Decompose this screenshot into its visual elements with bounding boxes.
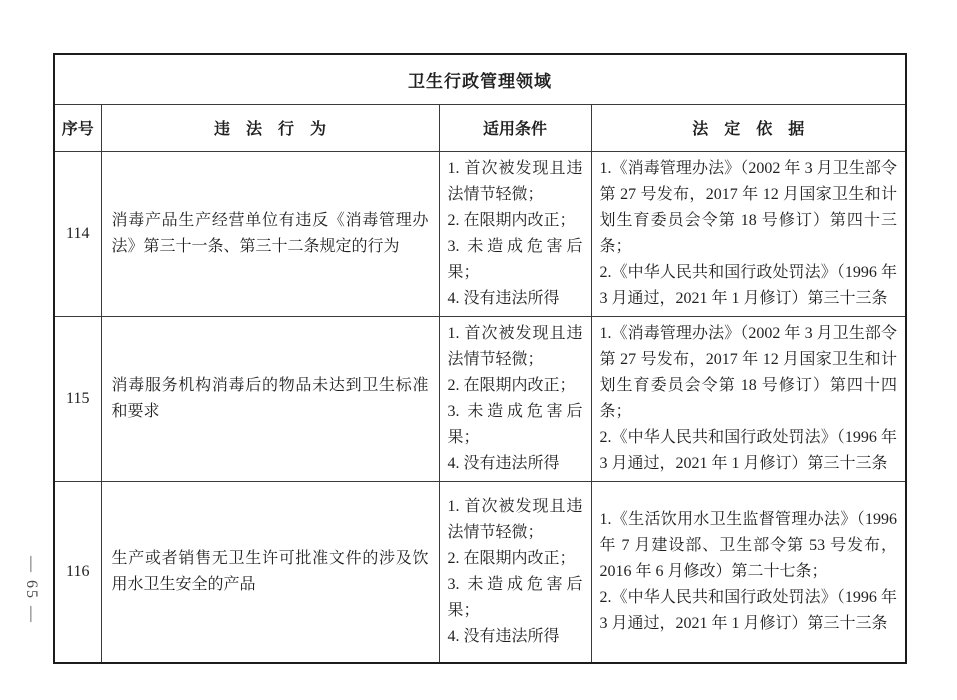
legal-basis-cell: 1.《生活饮用水卫生监督管理办法》（1996 年 7 月建设部、卫生部令第 53…	[591, 481, 906, 663]
basis-item: 2.《中华人民共和国行政处罚法》（1996 年 3 月通过，2021 年 1 月…	[600, 585, 898, 637]
violation-behavior-cell: 消毒产品生产经营单位有违反《消毒管理办法》第三十一条、第三十二条规定的行为	[101, 151, 439, 316]
basis-item: 1.《消毒管理办法》（2002 年 3 月卫生部令第 27 号发布，2017 年…	[600, 156, 898, 260]
table-row: 116 生产或者销售无卫生许可批准文件的涉及饮用水卫生安全的产品 1. 首次被发…	[54, 481, 906, 663]
legal-basis-cell: 1.《消毒管理办法》（2002 年 3 月卫生部令第 27 号发布，2017 年…	[591, 151, 906, 316]
condition-item: 2. 在限期内改正；	[448, 208, 583, 234]
basis-item: 2.《中华人民共和国行政处罚法》（1996 年 3 月通过，2021 年 1 月…	[600, 425, 898, 477]
applicable-conditions-cell: 1. 首次被发现且违法情节轻微； 2. 在限期内改正； 3. 未造成危害后果； …	[439, 151, 591, 316]
table-title-row: 卫生行政管理领域	[54, 54, 906, 104]
column-header-id: 序号	[54, 104, 101, 151]
row-number: 116	[54, 481, 101, 663]
row-number: 114	[54, 151, 101, 316]
row-number: 115	[54, 316, 101, 481]
table-row: 115 消毒服务机构消毒后的物品未达到卫生标准和要求 1. 首次被发现且违法情节…	[54, 316, 906, 481]
condition-item: 1. 首次被发现且违法情节轻微；	[448, 494, 583, 546]
condition-item: 4. 没有违法所得	[448, 286, 583, 312]
violation-behavior-text: 消毒服务机构消毒后的物品未达到卫生标准和要求	[112, 373, 429, 425]
page-number: — 65 —	[16, 549, 40, 631]
applicable-conditions-cell: 1. 首次被发现且违法情节轻微； 2. 在限期内改正； 3. 未造成危害后果； …	[439, 481, 591, 663]
column-header-basis: 法 定 依 据	[591, 104, 906, 151]
condition-item: 2. 在限期内改正；	[448, 546, 583, 572]
table-title: 卫生行政管理领域	[54, 54, 906, 104]
violation-behavior-cell: 消毒服务机构消毒后的物品未达到卫生标准和要求	[101, 316, 439, 481]
legal-basis-cell: 1.《消毒管理办法》（2002 年 3 月卫生部令第 27 号发布，2017 年…	[591, 316, 906, 481]
violation-behavior-text: 消毒产品生产经营单位有违反《消毒管理办法》第三十一条、第三十二条规定的行为	[112, 208, 429, 260]
regulation-table: 卫生行政管理领域 序号 违 法 行 为 适用条件 法 定 依 据 114 消毒产…	[53, 53, 907, 664]
condition-item: 1. 首次被发现且违法情节轻微；	[448, 321, 583, 373]
condition-item: 2. 在限期内改正；	[448, 373, 583, 399]
basis-item: 1.《生活饮用水卫生监督管理办法》（1996 年 7 月建设部、卫生部令第 53…	[600, 507, 898, 585]
column-header-behavior: 违 法 行 为	[101, 104, 439, 151]
condition-item: 4. 没有违法所得	[448, 451, 583, 477]
condition-item: 3. 未造成危害后果；	[448, 572, 583, 624]
condition-item: 1. 首次被发现且违法情节轻微；	[448, 156, 583, 208]
basis-item: 2.《中华人民共和国行政处罚法》（1996 年 3 月通过，2021 年 1 月…	[600, 260, 898, 312]
column-header-conditions: 适用条件	[439, 104, 591, 151]
violation-behavior-text: 生产或者销售无卫生许可批准文件的涉及饮用水卫生安全的产品	[112, 546, 429, 598]
condition-item: 4. 没有违法所得	[448, 624, 583, 650]
basis-item: 1.《消毒管理办法》（2002 年 3 月卫生部令第 27 号发布，2017 年…	[600, 321, 898, 425]
table-header-row: 序号 违 法 行 为 适用条件 法 定 依 据	[54, 104, 906, 151]
condition-item: 3. 未造成危害后果；	[448, 234, 583, 286]
applicable-conditions-cell: 1. 首次被发现且违法情节轻微； 2. 在限期内改正； 3. 未造成危害后果； …	[439, 316, 591, 481]
document-page: — 65 — 卫生行政管理领域 序号 违 法 行 为 适用条件 法 定 依 据 …	[0, 0, 957, 700]
table-row: 114 消毒产品生产经营单位有违反《消毒管理办法》第三十一条、第三十二条规定的行…	[54, 151, 906, 316]
condition-item: 3. 未造成危害后果；	[448, 399, 583, 451]
violation-behavior-cell: 生产或者销售无卫生许可批准文件的涉及饮用水卫生安全的产品	[101, 481, 439, 663]
